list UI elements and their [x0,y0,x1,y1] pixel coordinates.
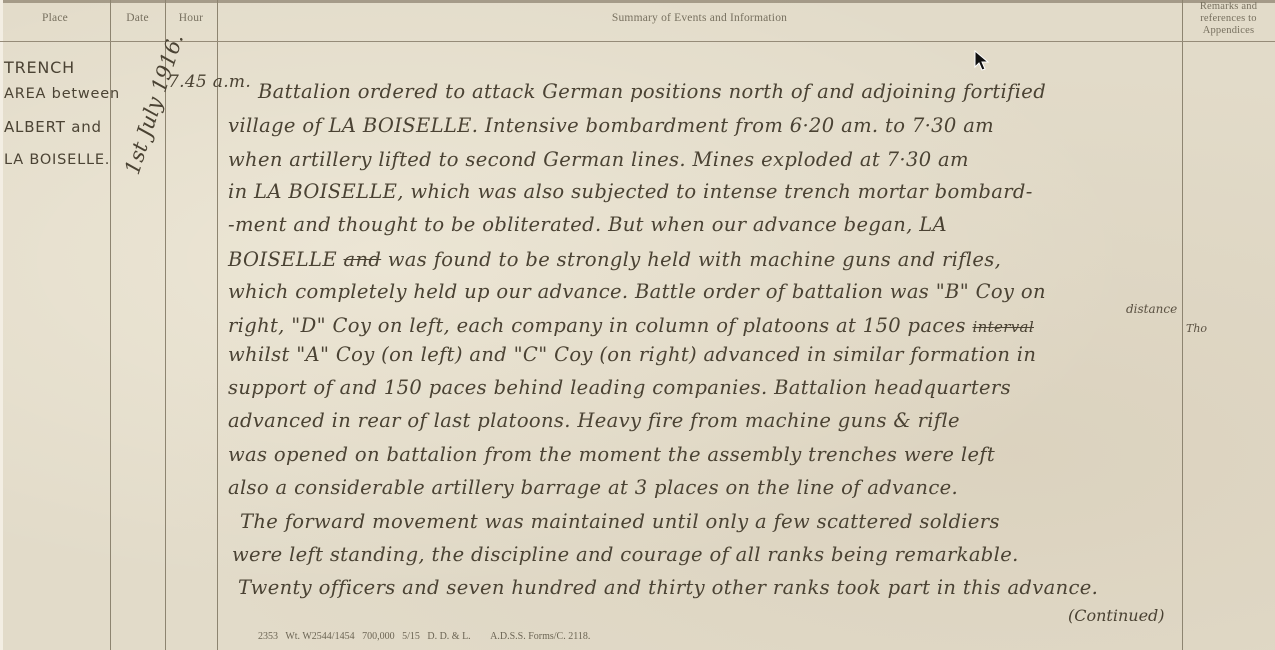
summary-line: whilst "A" Coy (on left) and "C" Coy (on… [228,343,1036,366]
war-diary-page: Place Date Hour Summary of Events and In… [0,0,1275,650]
summary-text: BOISELLE [228,248,337,271]
summary-line: advanced in rear of last platoons. Heavy… [228,409,960,432]
summary-line: Battalion ordered to attack German posit… [258,80,1046,103]
summary-line: in LA BOISELLE, which was also subjected… [228,180,1033,203]
column-divider-summary-remarks [1182,0,1183,650]
header-remarks: Remarks and references to Appendices [1182,1,1275,37]
place-line: ALBERT and [4,118,102,136]
struck-word: interval [972,318,1034,336]
summary-line: was opened on battalion from the moment … [228,443,995,466]
summary-line: also a considerable artillery barrage at… [228,476,958,499]
summary-line: -ment and thought to be obliterated. But… [228,213,947,236]
place-line: TRENCH [4,58,75,77]
continued-note: (Continued) [1068,606,1165,625]
entry-date: 1st July 1916. [120,31,188,178]
summary-line-start: BOISELLE and was found to be strongly he… [228,248,1001,271]
summary-line: which completely held up our advance. Ba… [228,280,1046,303]
page-left-edge [0,0,3,650]
header-remarks-line: references to [1182,13,1275,25]
header-place: Place [0,12,110,24]
summary-line: were left standing, the discipline and c… [232,543,1019,566]
header-date: Date [110,12,165,24]
inserted-word: distance [1126,302,1177,316]
summary-text: right, "D" Coy on left, each company in … [228,314,966,337]
summary-line: The forward movement was maintained unti… [240,510,1000,533]
header-remarks-line: Appendices [1182,25,1275,37]
header-summary: Summary of Events and Information [217,12,1182,24]
form-print-line: 2353 Wt. W2544/1454 700,000 5/15 D. D. &… [258,631,590,642]
place-line: AREA between [4,86,120,102]
margin-initials: Tho [1186,322,1207,335]
entry-hour: 7.45 a.m. [168,72,251,92]
struck-word: and [343,248,381,271]
summary-line-with-correction: right, "D" Coy on left, each company in … [228,314,1034,337]
summary-text: was found to be strongly held with machi… [388,248,1001,271]
summary-line: Twenty officers and seven hundred and th… [238,576,1098,599]
mouse-pointer-icon [974,50,990,72]
place-line: LA BOISELLE. [4,152,110,168]
summary-line: village of LA BOISELLE. Intensive bombar… [228,114,994,137]
header-remarks-line: Remarks and [1182,1,1275,13]
header-rule [0,41,1275,42]
column-divider-hour-summary [217,0,218,650]
summary-line: support of and 150 paces behind leading … [228,376,1011,399]
summary-line: when artillery lifted to second German l… [228,148,969,171]
header-hour: Hour [165,12,217,24]
page-top-edge [0,0,1275,3]
